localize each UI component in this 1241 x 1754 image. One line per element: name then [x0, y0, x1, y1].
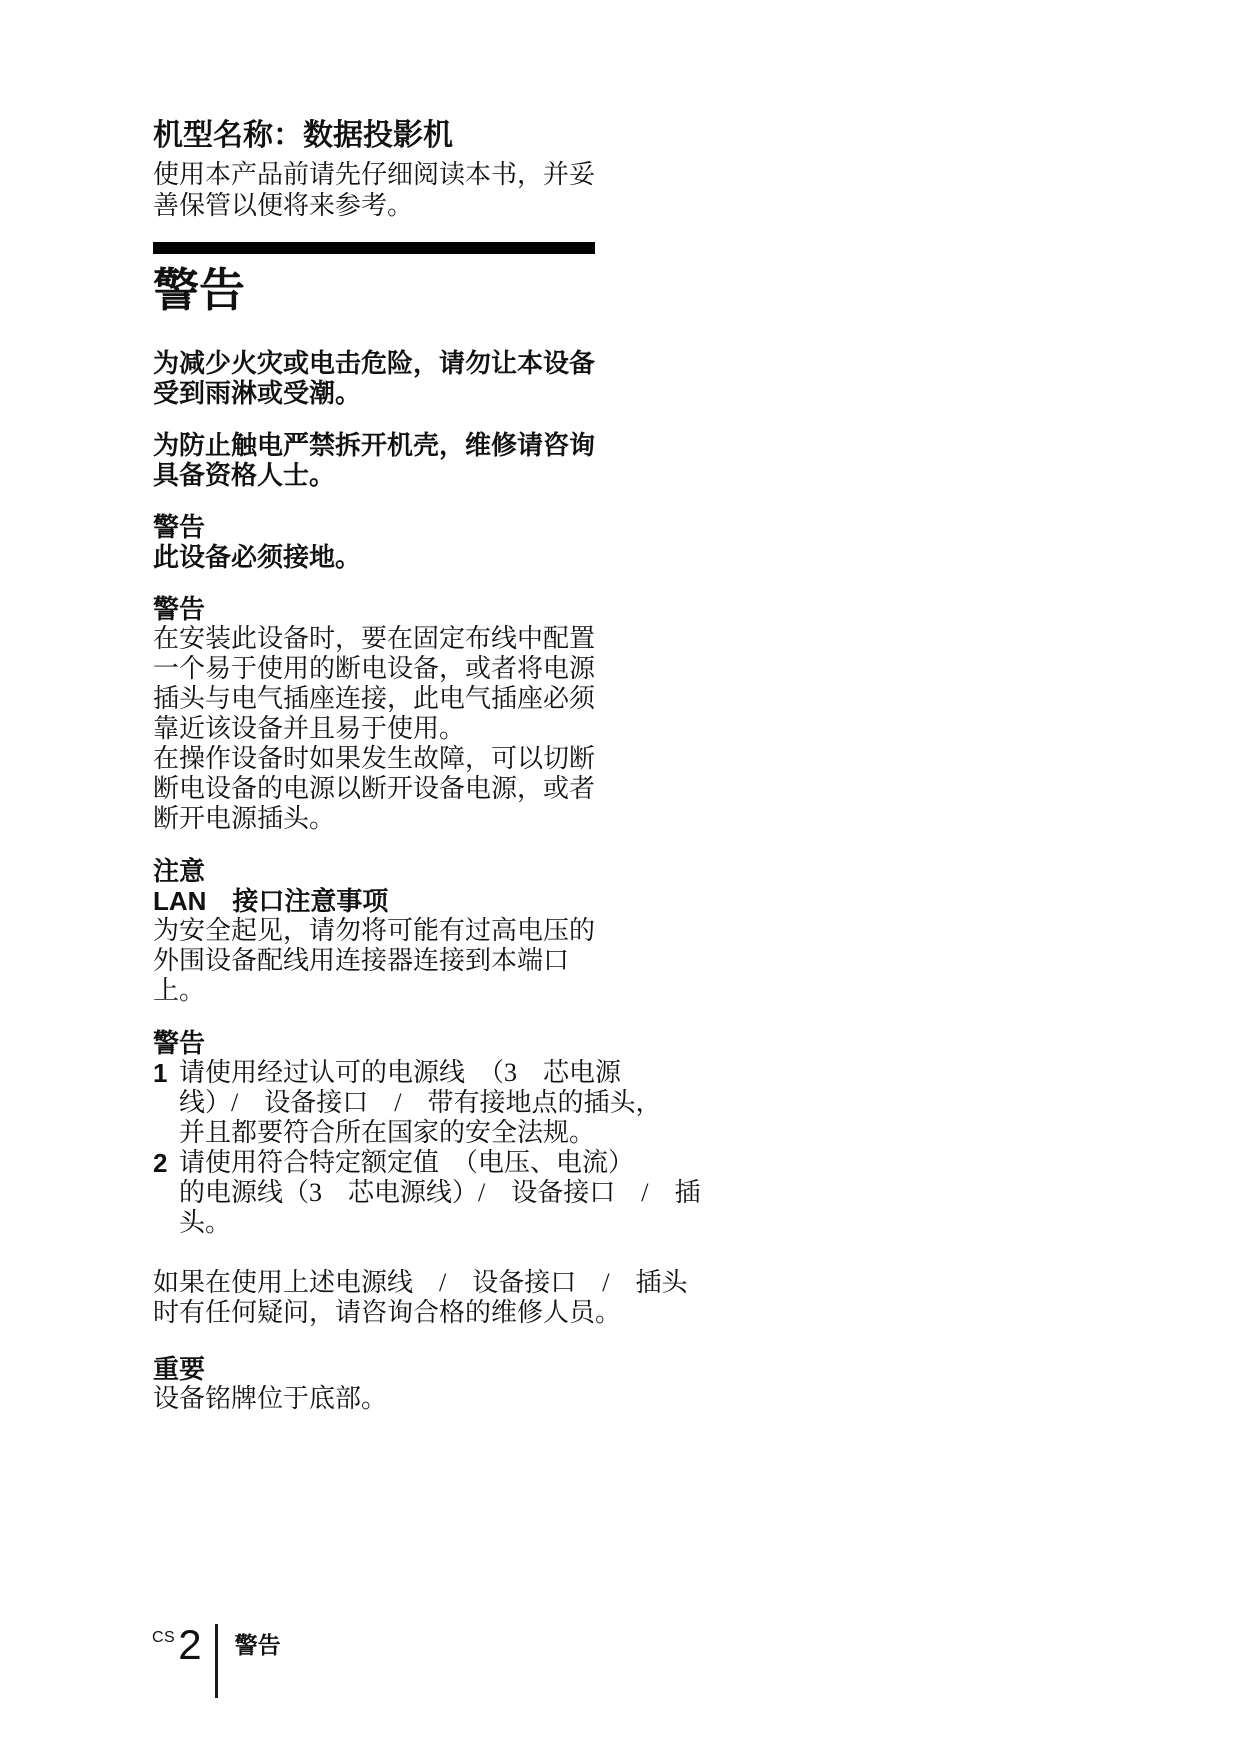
- grounding-warning-label: 警告: [153, 512, 773, 542]
- section-heading: 警告: [153, 263, 773, 317]
- page-number: 2: [178, 1624, 201, 1666]
- note-label: 注意: [153, 856, 773, 886]
- section-divider-bar: [153, 242, 595, 254]
- lan-note-text: 为安全起见，请勿将可能有过高电压的 外围设备配线用连接器连接到本端口 上。: [153, 916, 773, 1006]
- page-footer: CS 2 警告: [152, 1624, 281, 1698]
- grounding-warning-text: 此设备必须接地。: [153, 542, 773, 572]
- list-item: 2 请使用符合特定额定值 （电压、电流） 的电源线（3 芯电源线）/ 设备接口 …: [153, 1148, 773, 1238]
- language-code: CS: [152, 1630, 175, 1646]
- list-item-text: 请使用符合特定额定值 （电压、电流） 的电源线（3 芯电源线）/ 设备接口 / …: [179, 1148, 700, 1238]
- grounding-warning-block: 警告 此设备必须接地。: [153, 512, 773, 572]
- warning-shock-paragraph: 为防止触电严禁拆开机壳，维修请咨询 具备资格人士。: [153, 430, 773, 490]
- important-block: 重要 设备铭牌位于底部。: [153, 1354, 773, 1414]
- list-item-text: 请使用经过认可的电源线 （3 芯电源 线）/ 设备接口 / 带有接地点的插头， …: [179, 1058, 661, 1148]
- important-text: 设备铭牌位于底部。: [153, 1384, 773, 1414]
- list-item: 1 请使用经过认可的电源线 （3 芯电源 线）/ 设备接口 / 带有接地点的插头…: [153, 1058, 773, 1148]
- model-title: 机型名称：数据投影机: [153, 118, 773, 154]
- qualified-personnel-paragraph: 如果在使用上述电源线 / 设备接口 / 插头 时有任何疑问，请咨询合格的维修人员…: [153, 1268, 773, 1328]
- manual-page: 机型名称：数据投影机 使用本产品前请先仔细阅读本书，并妥 善保管以便将来参考。 …: [0, 0, 1241, 1754]
- installation-warning-label: 警告: [153, 594, 773, 624]
- content-column: 机型名称：数据投影机 使用本产品前请先仔细阅读本书，并妥 善保管以便将来参考。 …: [153, 118, 773, 1414]
- footer-section-label: 警告: [235, 1634, 281, 1657]
- power-cord-warning-block: 警告 1 请使用经过认可的电源线 （3 芯电源 线）/ 设备接口 / 带有接地点…: [153, 1028, 773, 1238]
- list-item-number: 1: [153, 1058, 179, 1088]
- power-cord-warning-label: 警告: [153, 1028, 773, 1058]
- lan-note-subtitle: LAN 接口注意事项: [153, 886, 773, 916]
- intro-text: 使用本产品前请先仔细阅读本书，并妥 善保管以便将来参考。: [153, 159, 773, 221]
- installation-warning-block: 警告 在安装此设备时，要在固定布线中配置 一个易于使用的断电设备，或者将电源 插…: [153, 594, 773, 834]
- important-label: 重要: [153, 1354, 773, 1384]
- lan-note-block: 注意 LAN 接口注意事项 为安全起见，请勿将可能有过高电压的 外围设备配线用连…: [153, 856, 773, 1006]
- list-item-number: 2: [153, 1148, 179, 1178]
- footer-divider: [215, 1624, 218, 1698]
- installation-warning-text: 在安装此设备时，要在固定布线中配置 一个易于使用的断电设备，或者将电源 插头与电…: [153, 624, 773, 834]
- warning-rain-paragraph: 为减少火灾或电击危险，请勿让本设备 受到雨淋或受潮。: [153, 348, 773, 408]
